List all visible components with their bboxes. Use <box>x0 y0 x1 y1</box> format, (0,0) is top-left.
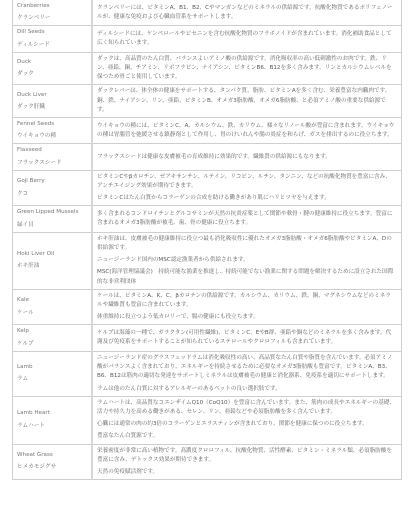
ingredient-description-paragraph: 心臓には通常の肉の約3倍のコラーゲンとエラスティンが含まれており、関節を健康に保… <box>97 420 396 429</box>
ingredient-row: Kale ケール ケールは、ビタミンA、K、C、βカロテンの供給源です。カルシウ… <box>13 289 402 325</box>
ingredient-description-cell: ビタミンCやβカロチン、ゼアキサンチン、ルテイン、リコピン、ルチン、タンニン、な… <box>92 170 402 206</box>
ingredient-name-en: Hoki Liver Oil <box>17 250 87 259</box>
ingredient-name-cell: Lamb Heart ラムハート <box>13 396 93 444</box>
ingredient-name-en: Lamb <box>17 363 87 372</box>
ingredient-name-ja: ディルシード <box>17 41 87 50</box>
ingredient-name-cell: Lamb ラム <box>13 351 93 396</box>
ingredient-name-cell: Flaxseed フラックスシード <box>13 144 93 170</box>
ingredient-description-cell: フラックスシードは健康な皮膚被毛の育成維持に効果的です。繊維質の供給源にもなりま… <box>92 144 402 170</box>
ingredient-name-ja: 緑イ貝 <box>17 221 87 230</box>
ingredient-description-paragraph: 栄養密度が非常に高い植物です。高濃度クロロフィル、抗酸化物質、活性酵素、ビタミン… <box>97 447 396 465</box>
ingredient-row: Flaxseed フラックスシード フラックスシードは健康な皮膚被毛の育成維持に… <box>13 144 402 170</box>
ingredient-description-paragraph: ケルプは海藻の一種で、ガラクタン(可用性繊維)、ビタミンC、EやB群、亜鉛や銅な… <box>97 329 396 347</box>
ingredient-name-cell: Duck Liver ダック肝臓 <box>13 85 93 118</box>
ingredient-name-en: Kale <box>17 296 87 305</box>
ingredient-name-cell: Hoki Liver Oil ホキ肝油 <box>13 232 93 289</box>
ingredient-description-paragraph: ビタミンCやβカロチン、ゼアキサンチン、ルテイン、リコピン、ルチン、タンニン、な… <box>97 173 396 191</box>
ingredient-name-ja: ラムハート <box>17 422 87 431</box>
ingredient-name-en: Cranberries <box>17 2 87 11</box>
ingredient-name-ja: ダック肝臓 <box>17 103 87 112</box>
ingredient-description-paragraph: ニュージーランド産のグラスフェッドラムは消化吸収性の高い、高品質なたん白質や脂質… <box>97 354 396 382</box>
ingredient-row: Hoki Liver Oil ホキ肝油 ホキ肝油は、皮膚被毛の健康維持に役立つ最… <box>13 232 402 289</box>
ingredient-row: Dill Seeds ディルシード ディルシードには、ケンペロールやビセニンを含… <box>13 26 402 52</box>
ingredient-description-paragraph: 豊富なたん白質源です。 <box>97 432 396 441</box>
ingredient-description-cell: ニュージーランド産のグラスフェッドラムは消化吸収性の高い、高品質なたん白質や脂質… <box>92 351 402 396</box>
ingredient-name-cell: Green Lipped Mussels 緑イ貝 <box>13 206 93 232</box>
ingredient-row: Goji Berry クコ ビタミンCやβカロチン、ゼアキサンチン、ルテイン、リ… <box>13 170 402 206</box>
ingredient-description-cell: ホキ肝油は、皮膚被毛の健康維持に役立つ最も消化吸収性に優れたオメガ3脂肪酸・オメ… <box>92 232 402 289</box>
ingredient-name-ja: ヒメカモジグサ <box>17 463 87 472</box>
ingredient-description-paragraph: 体重維持に役立つよう低カロリーで、腸の健康にも役立ちます。 <box>97 313 396 322</box>
ingredient-description-paragraph: ラムハートは、高品質なコエンザイムQ10（CoQ10）を豊富に含んでいます。また… <box>97 399 396 417</box>
ingredient-name-cell: Goji Berry クコ <box>13 170 93 206</box>
ingredient-row: Duck Liver ダック肝臓 ダックレバーは、体全体の健康をサポートする、タ… <box>13 85 402 118</box>
ingredient-row: Lamb ラム ニュージーランド産のグラスフェッドラムは消化吸収性の高い、高品質… <box>13 351 402 396</box>
ingredient-name-ja: ダック <box>17 70 87 79</box>
ingredient-name-ja: ウイキョウの種 <box>17 132 87 141</box>
ingredient-name-ja: クランベリー <box>17 14 87 23</box>
ingredients-table-body: Cranberries クランベリー クランベリーには、ビタミンA、B1、B2、… <box>13 0 402 480</box>
ingredient-name-cell: Dill Seeds ディルシード <box>13 26 93 52</box>
ingredient-description-cell: ディルシードには、ケンペロールやビセニンを含む抗酸化物質のフラボノイドが含まれて… <box>92 26 402 52</box>
ingredient-name-en: Duck <box>17 58 87 67</box>
ingredient-name-cell: Wheat Grass ヒメカモジグサ <box>13 444 93 480</box>
ingredient-description-paragraph: クランベリーには、ビタミンA、B1、B2、Cやマンガンなどのミネラルの供給源です… <box>97 4 396 22</box>
ingredient-name-en: Goji Berry <box>17 177 87 186</box>
ingredient-description-cell: ダックは、高品質のたん白質、バランスよいアミノ酸の供給源です。消化吸収率の高い低… <box>92 52 402 85</box>
ingredient-name-cell: Duck ダック <box>13 52 93 85</box>
ingredient-description-cell: ラムハートは、高品質なコエンザイムQ10（CoQ10）を豊富に含んでいます。また… <box>92 396 402 444</box>
ingredient-name-en: Lamb Heart <box>17 409 87 418</box>
ingredient-description-cell: 栄養密度が非常に高い植物です。高濃度クロロフィル、抗酸化物質、活性酵素、ビタミン… <box>92 444 402 480</box>
ingredient-name-ja: ケルプ <box>17 340 87 349</box>
ingredient-description-paragraph: ケールは、ビタミンA、K、C、βカロテンの供給源です。カルシウム、カリウム、鉄、… <box>97 292 396 310</box>
ingredient-name-en: Dill Seeds <box>17 28 87 37</box>
ingredient-name-en: Wheat Grass <box>17 451 87 460</box>
ingredient-row: Lamb Heart ラムハート ラムハートは、高品質なコエンザイムQ10（Co… <box>13 396 402 444</box>
ingredient-description-paragraph: ホキ肝油は、皮膚被毛の健康維持に役立つ最も消化吸収性に優れたオメガ3脂肪酸・オメ… <box>97 235 396 253</box>
ingredient-name-cell: Fennel Seeds ウイキョウの種 <box>13 118 93 144</box>
ingredient-description-cell: ケルプは海藻の一種で、ガラクタン(可用性繊維)、ビタミンC、EやB群、亜鉛や銅な… <box>92 325 402 351</box>
ingredient-description-paragraph: フラックスシードは健康な皮膚被毛の育成維持に効果的です。繊維質の供給源にもなりま… <box>97 153 396 162</box>
ingredient-description-paragraph: ニュージーランド国内のMSC認定漁業者から供給されます。 <box>97 256 396 265</box>
ingredient-description-cell: ケールは、ビタミンA、K、C、βカロテンの供給源です。カルシウム、カリウム、鉄、… <box>92 289 402 325</box>
ingredient-row: Green Lipped Mussels 緑イ貝 多く含まれるコンドロイチンとグ… <box>13 206 402 232</box>
ingredient-description-paragraph: ディルシードには、ケンペロールやビセニンを含む抗酸化物質のフラボノイドが含まれて… <box>97 30 396 48</box>
ingredient-name-ja: ラム <box>17 375 87 384</box>
ingredient-name-en: Green Lipped Mussels <box>17 208 87 217</box>
ingredient-name-cell: Kelp ケルプ <box>13 325 93 351</box>
ingredient-description-paragraph: ダックレバーは、体全体の健康をサポートする、タンパク質、脂肪、ビタミンAを多く含… <box>97 87 396 115</box>
ingredient-name-en: Flaxseed <box>17 146 87 155</box>
ingredient-description-paragraph: ウイキョウの種には、ビタミンC、A、カルシウム、鉄、カリウム、様々なリノール酸が… <box>97 122 396 140</box>
ingredient-description-cell: クランベリーには、ビタミンA、B1、B2、Cやマンガンなどのミネラルの供給源です… <box>92 0 402 26</box>
ingredient-description-paragraph: MSC(海洋管理協議会) 持続可能な漁業を推進し、持続可能でない漁業に関する問題… <box>97 268 396 286</box>
ingredient-description-paragraph: ビタミンCはたん白質からコラーゲンの合成を助ける働きがあり肌にハリとツヤを与えま… <box>97 194 396 203</box>
ingredient-description-cell: ダックレバーは、体全体の健康をサポートする、タンパク質、脂肪、ビタミンAを多く含… <box>92 85 402 118</box>
ingredient-name-cell: Cranberries クランベリー <box>13 0 93 26</box>
ingredients-table: Cranberries クランベリー クランベリーには、ビタミンA、B1、B2、… <box>12 0 402 480</box>
ingredient-row: Duck ダック ダックは、高品質のたん白質、バランスよいアミノ酸の供給源です。… <box>13 52 402 85</box>
ingredient-name-ja: クコ <box>17 190 87 199</box>
ingredient-name-ja: フラックスシード <box>17 159 87 168</box>
ingredient-name-en: Duck Liver <box>17 91 87 100</box>
ingredient-description-paragraph: ダックは、高品質のたん白質、バランスよいアミノ酸の供給源です。消化吸収率の高い低… <box>97 55 396 83</box>
ingredient-description-paragraph: 多く含まれるコンドロイチンとグルコサミンが天然の抗炎症薬として関節や軟骨・腱の健… <box>97 210 396 228</box>
ingredient-row: Kelp ケルプ ケルプは海藻の一種で、ガラクタン(可用性繊維)、ビタミンC、E… <box>13 325 402 351</box>
ingredient-name-ja: ホキ肝油 <box>17 262 87 271</box>
ingredient-row: Cranberries クランベリー クランベリーには、ビタミンA、B1、B2、… <box>13 0 402 26</box>
ingredient-name-en: Kelp <box>17 327 87 336</box>
ingredient-name-ja: ケール <box>17 309 87 318</box>
ingredient-name-cell: Kale ケール <box>13 289 93 325</box>
ingredient-name-en: Fennel Seeds <box>17 120 87 129</box>
ingredient-description-cell: ウイキョウの種には、ビタミンC、A、カルシウム、鉄、カリウム、様々なリノール酸が… <box>92 118 402 144</box>
ingredient-row: Fennel Seeds ウイキョウの種 ウイキョウの種には、ビタミンC、A、カ… <box>13 118 402 144</box>
ingredient-description-paragraph: 天然の免疫賦活剤です。 <box>97 468 396 477</box>
ingredient-description-cell: 多く含まれるコンドロイチンとグルコサミンが天然の抗炎症薬として関節や軟骨・腱の健… <box>92 206 402 232</box>
ingredient-row: Wheat Grass ヒメカモジグサ 栄養密度が非常に高い植物です。高濃度クロ… <box>13 444 402 480</box>
ingredient-description-paragraph: ラムは他のたん白質に対するアレルギーのあるペットの良い選択肢です。 <box>97 385 396 394</box>
